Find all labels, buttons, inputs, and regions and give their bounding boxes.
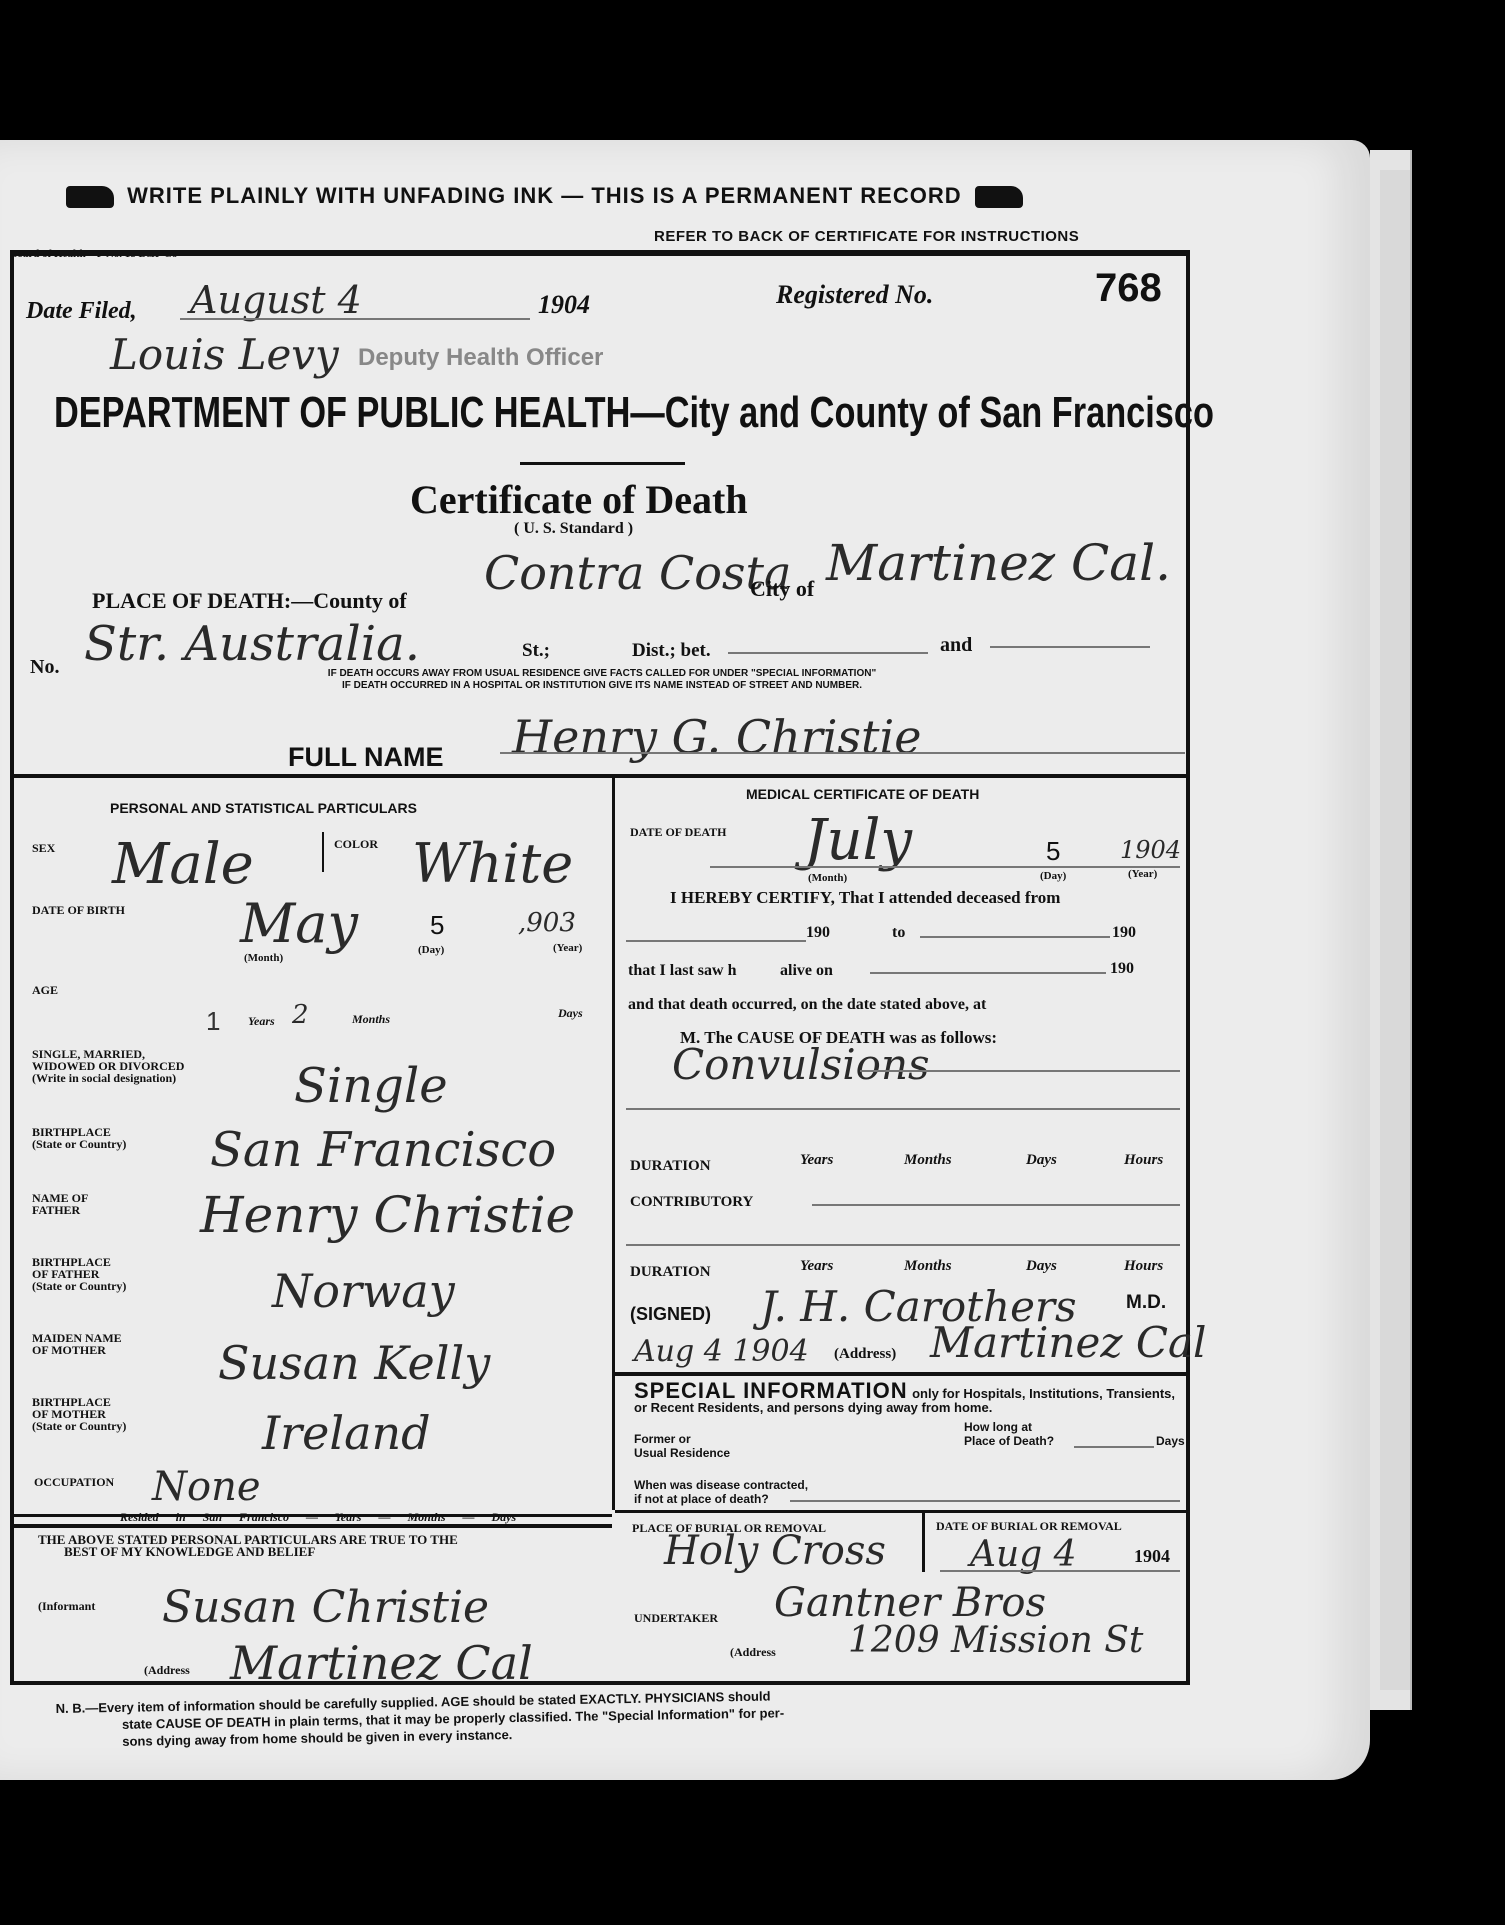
residence-note-line-2: IF DEATH OCCURRED IN A HOSPITAL OR INSTI… [172, 680, 1032, 692]
special-info-heading: SPECIAL INFORMATION only for Hospitals, … [634, 1378, 1175, 1415]
duration-2-years: Years [800, 1258, 833, 1275]
city-label: City of [750, 576, 814, 602]
certify-to-line [920, 936, 1110, 938]
officer-title-stamp: Deputy Health Officer [358, 344, 603, 372]
signed-label: (SIGNED) [630, 1304, 711, 1325]
former-residence-label-1: Former or [634, 1432, 730, 1446]
dob-year-caption: (Year) [553, 942, 582, 954]
duration-hours: Hours [1124, 1152, 1163, 1169]
how-long-line [1074, 1446, 1154, 1448]
undertaker-address: 1209 Mission St [848, 1620, 1143, 1661]
contracted-label: When was disease contracted, if not at p… [634, 1478, 808, 1506]
informant-name: Susan Christie [162, 1582, 489, 1633]
dod-month: July [804, 808, 912, 873]
place-of-death-label: PLACE OF DEATH:—County of [92, 588, 407, 614]
duration-months: Months [904, 1152, 952, 1169]
date-filed-line [180, 318, 530, 320]
duration-2-days: Days [1026, 1258, 1057, 1275]
street-value: Str. Australia. [84, 616, 420, 672]
mother-birthplace-value: Ireland [262, 1406, 431, 1460]
father-value: Henry Christie [200, 1186, 575, 1244]
father-birthplace-label: BIRTHPLACE OF FATHER (State or Country) [32, 1256, 126, 1292]
how-long-label-1: How long at [964, 1420, 1054, 1434]
and-label: and [940, 634, 972, 657]
district-line [728, 652, 928, 654]
registered-label: Registered No. [776, 280, 933, 310]
title-divider [520, 462, 685, 465]
dob-year: ,903 [518, 908, 576, 938]
date-filed-value: August 4 [190, 278, 362, 322]
birthplace-value: San Francisco [210, 1122, 556, 1178]
dob-month-caption: (Month) [244, 952, 283, 964]
certify-line-1: I HEREBY CERTIFY, That I attended deceas… [670, 888, 1060, 908]
date-filed-year: 1904 [538, 290, 590, 320]
certify-190-a: 190 [806, 924, 830, 942]
age-years: 1 [206, 1006, 220, 1037]
full-name-line [500, 752, 1185, 754]
age-days-caption: Days [558, 1006, 583, 1021]
street-st-label: St.; [522, 640, 550, 662]
informant-statement-2: BEST OF MY KNOWLEDGE AND BELIEF [38, 1546, 458, 1558]
residence-note: IF DEATH OCCURS AWAY FROM USUAL RESIDENC… [172, 668, 1032, 692]
dod-year-caption: (Year) [1128, 868, 1157, 880]
mother-value: Susan Kelly [218, 1336, 490, 1390]
warning-text: WRITE PLAINLY WITH UNFADING INK — THIS I… [127, 183, 962, 208]
contracted-line [790, 1500, 1180, 1502]
duration-2-months: Months [904, 1258, 952, 1275]
dod-day-caption: (Day) [1040, 870, 1066, 882]
burial-date-line [940, 1570, 1180, 1572]
sex-label: SEX [32, 842, 55, 854]
contributory-line [812, 1204, 1180, 1206]
duration-years: Years [800, 1152, 833, 1169]
permanent-record-warning: WRITE PLAINLY WITH UNFADING INK — THIS I… [60, 183, 1029, 209]
mother-birthplace-label-3: (State or Country) [32, 1420, 126, 1432]
age-months-caption: Months [352, 1012, 390, 1027]
dod-line [710, 866, 1180, 868]
dod-day: 5 [1046, 836, 1060, 867]
md-label: M.D. [1126, 1292, 1166, 1314]
certify-to: to [892, 924, 905, 942]
certify-line-3: and that death occurred, on the date sta… [628, 996, 986, 1014]
former-residence-label: Former or Usual Residence [634, 1432, 730, 1460]
certify-alive: alive on [780, 962, 833, 980]
pointing-hand-icon [66, 186, 114, 208]
informant-address: Martinez Cal [230, 1636, 533, 1690]
dob-month: May [240, 892, 358, 955]
contracted-label-1: When was disease contracted, [634, 1478, 808, 1492]
special-info-note: only for Hospitals, Institutions, Transi… [912, 1386, 1175, 1401]
cause-line-2 [626, 1108, 1180, 1110]
sex-value: Male [112, 832, 254, 897]
date-filed-label: Date Filed, [26, 298, 137, 325]
full-name-value: Henry G. Christie [512, 710, 921, 764]
registered-number: 768 [1095, 266, 1162, 311]
personal-bottom-divider [14, 1524, 612, 1528]
marital-label-3: (Write in social designation) [32, 1072, 184, 1084]
refer-instructions: REFER TO BACK OF CERTIFICATE FOR INSTRUC… [654, 228, 1079, 245]
age-months: 2 [292, 1000, 309, 1030]
birthplace-label-2: (State or Country) [32, 1138, 126, 1150]
father-label: NAME OF FATHER [32, 1192, 88, 1216]
age-years-caption: Years [248, 1014, 275, 1029]
occupation-label: OCCUPATION [34, 1476, 114, 1488]
informant-top-divider [14, 1514, 612, 1517]
officer-signature: Louis Levy [110, 330, 339, 379]
burial-divider [922, 1512, 925, 1572]
column-divider [612, 778, 615, 1510]
color-label: COLOR [334, 838, 378, 850]
former-residence-label-2: Usual Residence [634, 1446, 730, 1460]
certify-190-c: 190 [1110, 960, 1134, 978]
burial-place: Holy Cross [664, 1528, 886, 1574]
special-bottom-divider [615, 1510, 1186, 1513]
certify-line-2: that I last saw h [628, 962, 736, 980]
personal-heading: PERSONAL AND STATISTICAL PARTICULARS [110, 800, 417, 816]
section-divider [14, 774, 1186, 778]
physician-address-label: (Address) [834, 1346, 896, 1363]
duration-2-hours: Hours [1124, 1258, 1163, 1275]
informant-statement: THE ABOVE STATED PERSONAL PARTICULARS AR… [38, 1534, 458, 1558]
city-value: Martinez Cal. [826, 534, 1171, 592]
how-long-label: How long at Place of Death? [964, 1420, 1054, 1448]
father-birthplace-value: Norway [272, 1264, 455, 1318]
informant-label: (Informant [38, 1600, 95, 1612]
duration-2-label: DURATION [630, 1266, 711, 1278]
mother-label-2: OF MOTHER [32, 1344, 122, 1356]
resided-line: Resided in San Francisco — Years — Month… [120, 1510, 516, 1525]
burial-date: Aug 4 [970, 1534, 1077, 1575]
medical-heading: MEDICAL CERTIFICATE OF DEATH [746, 786, 979, 802]
street-no-label: No. [30, 656, 59, 679]
dob-day-caption: (Day) [418, 944, 444, 956]
duration-days: Days [1026, 1152, 1057, 1169]
medical-bottom-divider [615, 1372, 1186, 1376]
dod-label: DATE OF DEATH [630, 826, 726, 838]
page-edge-stack-inner [1380, 170, 1412, 1690]
contributory-line-2 [626, 1244, 1180, 1246]
county-value: Contra Costa [484, 546, 791, 600]
dod-year: 1904 [1120, 836, 1181, 864]
certificate-title: Certificate of Death [410, 476, 748, 523]
mother-birthplace-label: BIRTHPLACE OF MOTHER (State or Country) [32, 1396, 126, 1432]
duration-label: DURATION [630, 1160, 711, 1172]
us-standard: ( U. S. Standard ) [514, 520, 633, 538]
occupation-value: None [152, 1464, 261, 1510]
marital-label: SINGLE, MARRIED, WIDOWED OR DIVORCED (Wr… [32, 1048, 184, 1084]
dob-day: 5 [430, 910, 444, 941]
pointing-hand-icon [975, 186, 1023, 208]
contracted-label-2: if not at place of death? [634, 1492, 808, 1506]
certify-alive-line [870, 972, 1106, 974]
cause-line [860, 1070, 1180, 1072]
undertaker-label: UNDERTAKER [634, 1612, 718, 1624]
physician-address: Martinez Cal [930, 1318, 1206, 1367]
undertaker-address-label: (Address [730, 1646, 776, 1658]
full-name-label: FULL NAME [288, 742, 444, 773]
department-title: DEPARTMENT OF PUBLIC HEALTH—City and Cou… [54, 388, 1214, 438]
father-label-2: FATHER [32, 1204, 88, 1216]
color-value: White [412, 832, 573, 895]
how-long-days: Days [1156, 1434, 1185, 1448]
how-long-label-2: Place of Death? [964, 1434, 1054, 1448]
dod-month-caption: (Month) [808, 872, 847, 884]
father-birthplace-label-3: (State or Country) [32, 1280, 126, 1292]
residence-note-line-1: IF DEATH OCCURS AWAY FROM USUAL RESIDENC… [172, 668, 1032, 680]
burial-year: 1904 [1134, 1546, 1170, 1567]
contributory-label: CONTRIBUTORY [630, 1196, 753, 1208]
marital-value: Single [294, 1058, 448, 1114]
certify-from-line [626, 940, 806, 942]
district-label: Dist.; bet. [632, 640, 711, 662]
special-info-note-2: or Recent Residents, and persons dying a… [634, 1400, 1175, 1415]
dob-label: DATE OF BIRTH [32, 904, 125, 916]
cause-of-death: Convulsions [672, 1040, 930, 1089]
burial-date-label: DATE of BURIAL or REMOVAL [936, 1520, 1122, 1532]
certify-190-b: 190 [1112, 924, 1136, 942]
age-label: AGE [32, 984, 58, 996]
informant-address-label: (Address [144, 1664, 190, 1676]
signed-date: Aug 4 1904 [634, 1334, 809, 1369]
mother-label: MAIDEN NAME OF MOTHER [32, 1332, 122, 1356]
sex-color-divider [322, 832, 324, 872]
and-line [990, 646, 1150, 648]
birthplace-label: BIRTHPLACE (State or Country) [32, 1126, 126, 1150]
